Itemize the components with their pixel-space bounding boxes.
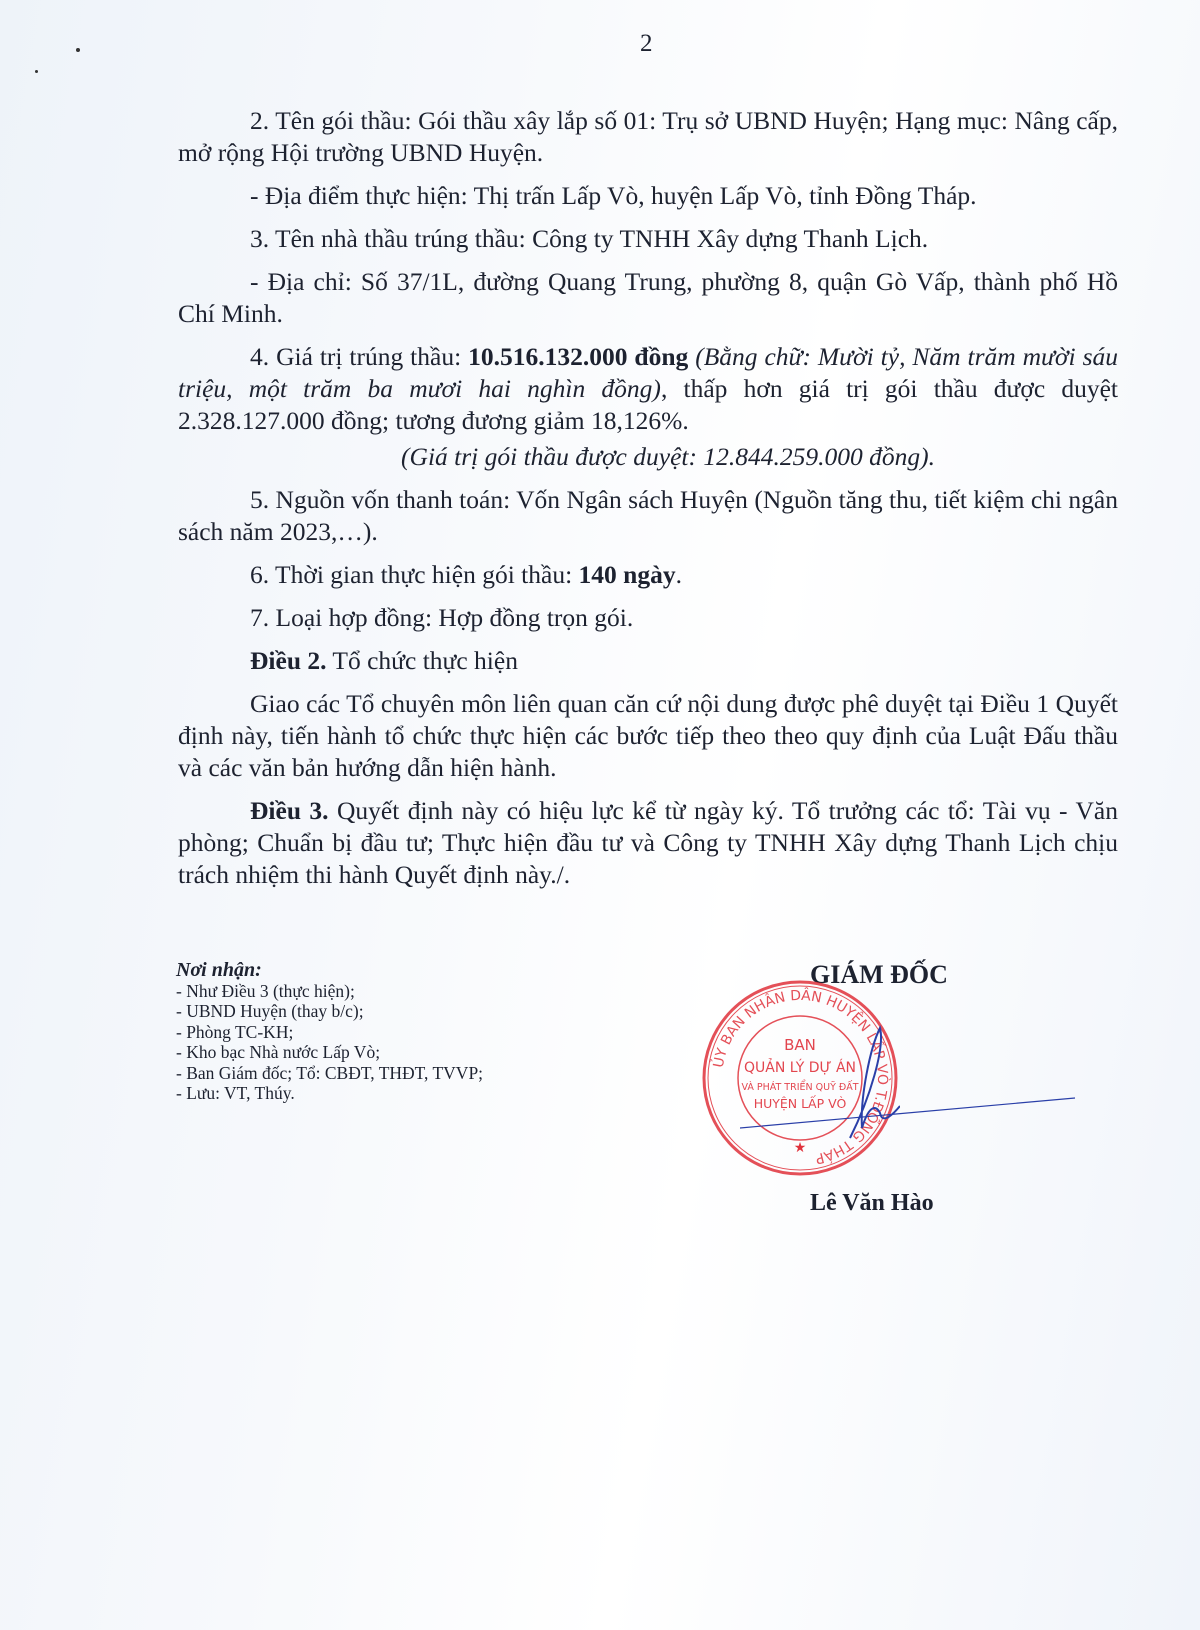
recipient-item: - Kho bạc Nhà nước Lấp Vò; bbox=[176, 1042, 483, 1063]
signer-name: Lê Văn Hào bbox=[810, 1190, 934, 1217]
recipient-item: - Lưu: VT, Thúy. bbox=[176, 1083, 483, 1104]
article-2-heading: Điều 2. Tổ chức thực hiện bbox=[178, 645, 1118, 677]
page-number: 2 bbox=[640, 30, 653, 58]
bid-amount: 10.516.132.000 đồng bbox=[468, 342, 688, 371]
signature-line bbox=[740, 1080, 1080, 1130]
item-2-package-name: 2. Tên gói thầu: Gói thầu xây lắp số 01:… bbox=[178, 105, 1118, 169]
recipients-block: Nơi nhận: - Như Điều 3 (thực hiện); - UB… bbox=[176, 960, 483, 1104]
svg-text:BAN: BAN bbox=[784, 1036, 816, 1054]
article-3: Điều 3. Quyết định này có hiệu lực kể từ… bbox=[178, 795, 1118, 891]
svg-text:★: ★ bbox=[794, 1141, 807, 1156]
recipient-item: - Ban Giám đốc; Tổ: CBĐT, THĐT, TVVP; bbox=[176, 1063, 483, 1084]
item-4-bid-value: 4. Giá trị trúng thầu: 10.516.132.000 đồ… bbox=[178, 341, 1118, 437]
recipient-item: - Phòng TC-KH; bbox=[176, 1022, 483, 1043]
recipient-item: - UBND Huyện (thay b/c); bbox=[176, 1001, 483, 1022]
recipient-item: - Như Điều 3 (thực hiện); bbox=[176, 981, 483, 1002]
item-3-address: - Địa chỉ: Số 37/1L, đường Quang Trung, … bbox=[178, 266, 1118, 330]
item-6-duration: 6. Thời gian thực hiện gói thầu: 140 ngà… bbox=[178, 559, 1118, 591]
document-body: 2. Tên gói thầu: Gói thầu xây lắp số 01:… bbox=[178, 105, 1118, 902]
item-7-contract-type: 7. Loại hợp đồng: Hợp đồng trọn gói. bbox=[178, 602, 1118, 634]
article-2-body: Giao các Tổ chuyên môn liên quan căn cứ … bbox=[178, 688, 1118, 784]
svg-text:QUẢN LÝ DỰ ÁN: QUẢN LÝ DỰ ÁN bbox=[744, 1058, 856, 1076]
item-4-approved-value: (Giá trị gói thầu được duyệt: 12.844.259… bbox=[178, 441, 1118, 473]
recipients-label: Nơi nhận: bbox=[176, 960, 483, 981]
item-3-contractor: 3. Tên nhà thầu trúng thầu: Công ty TNHH… bbox=[178, 223, 1118, 255]
item-5-funding: 5. Nguồn vốn thanh toán: Vốn Ngân sách H… bbox=[178, 484, 1118, 548]
scan-speck bbox=[76, 48, 80, 52]
scan-speck bbox=[35, 70, 38, 73]
item-2-location: - Địa điểm thực hiện: Thị trấn Lấp Vò, h… bbox=[178, 180, 1118, 212]
official-stamp-icon: ỦY BAN NHÂN DÂN HUYỆN LẤP VÒ T.ĐỒNG THÁP… bbox=[700, 978, 900, 1178]
